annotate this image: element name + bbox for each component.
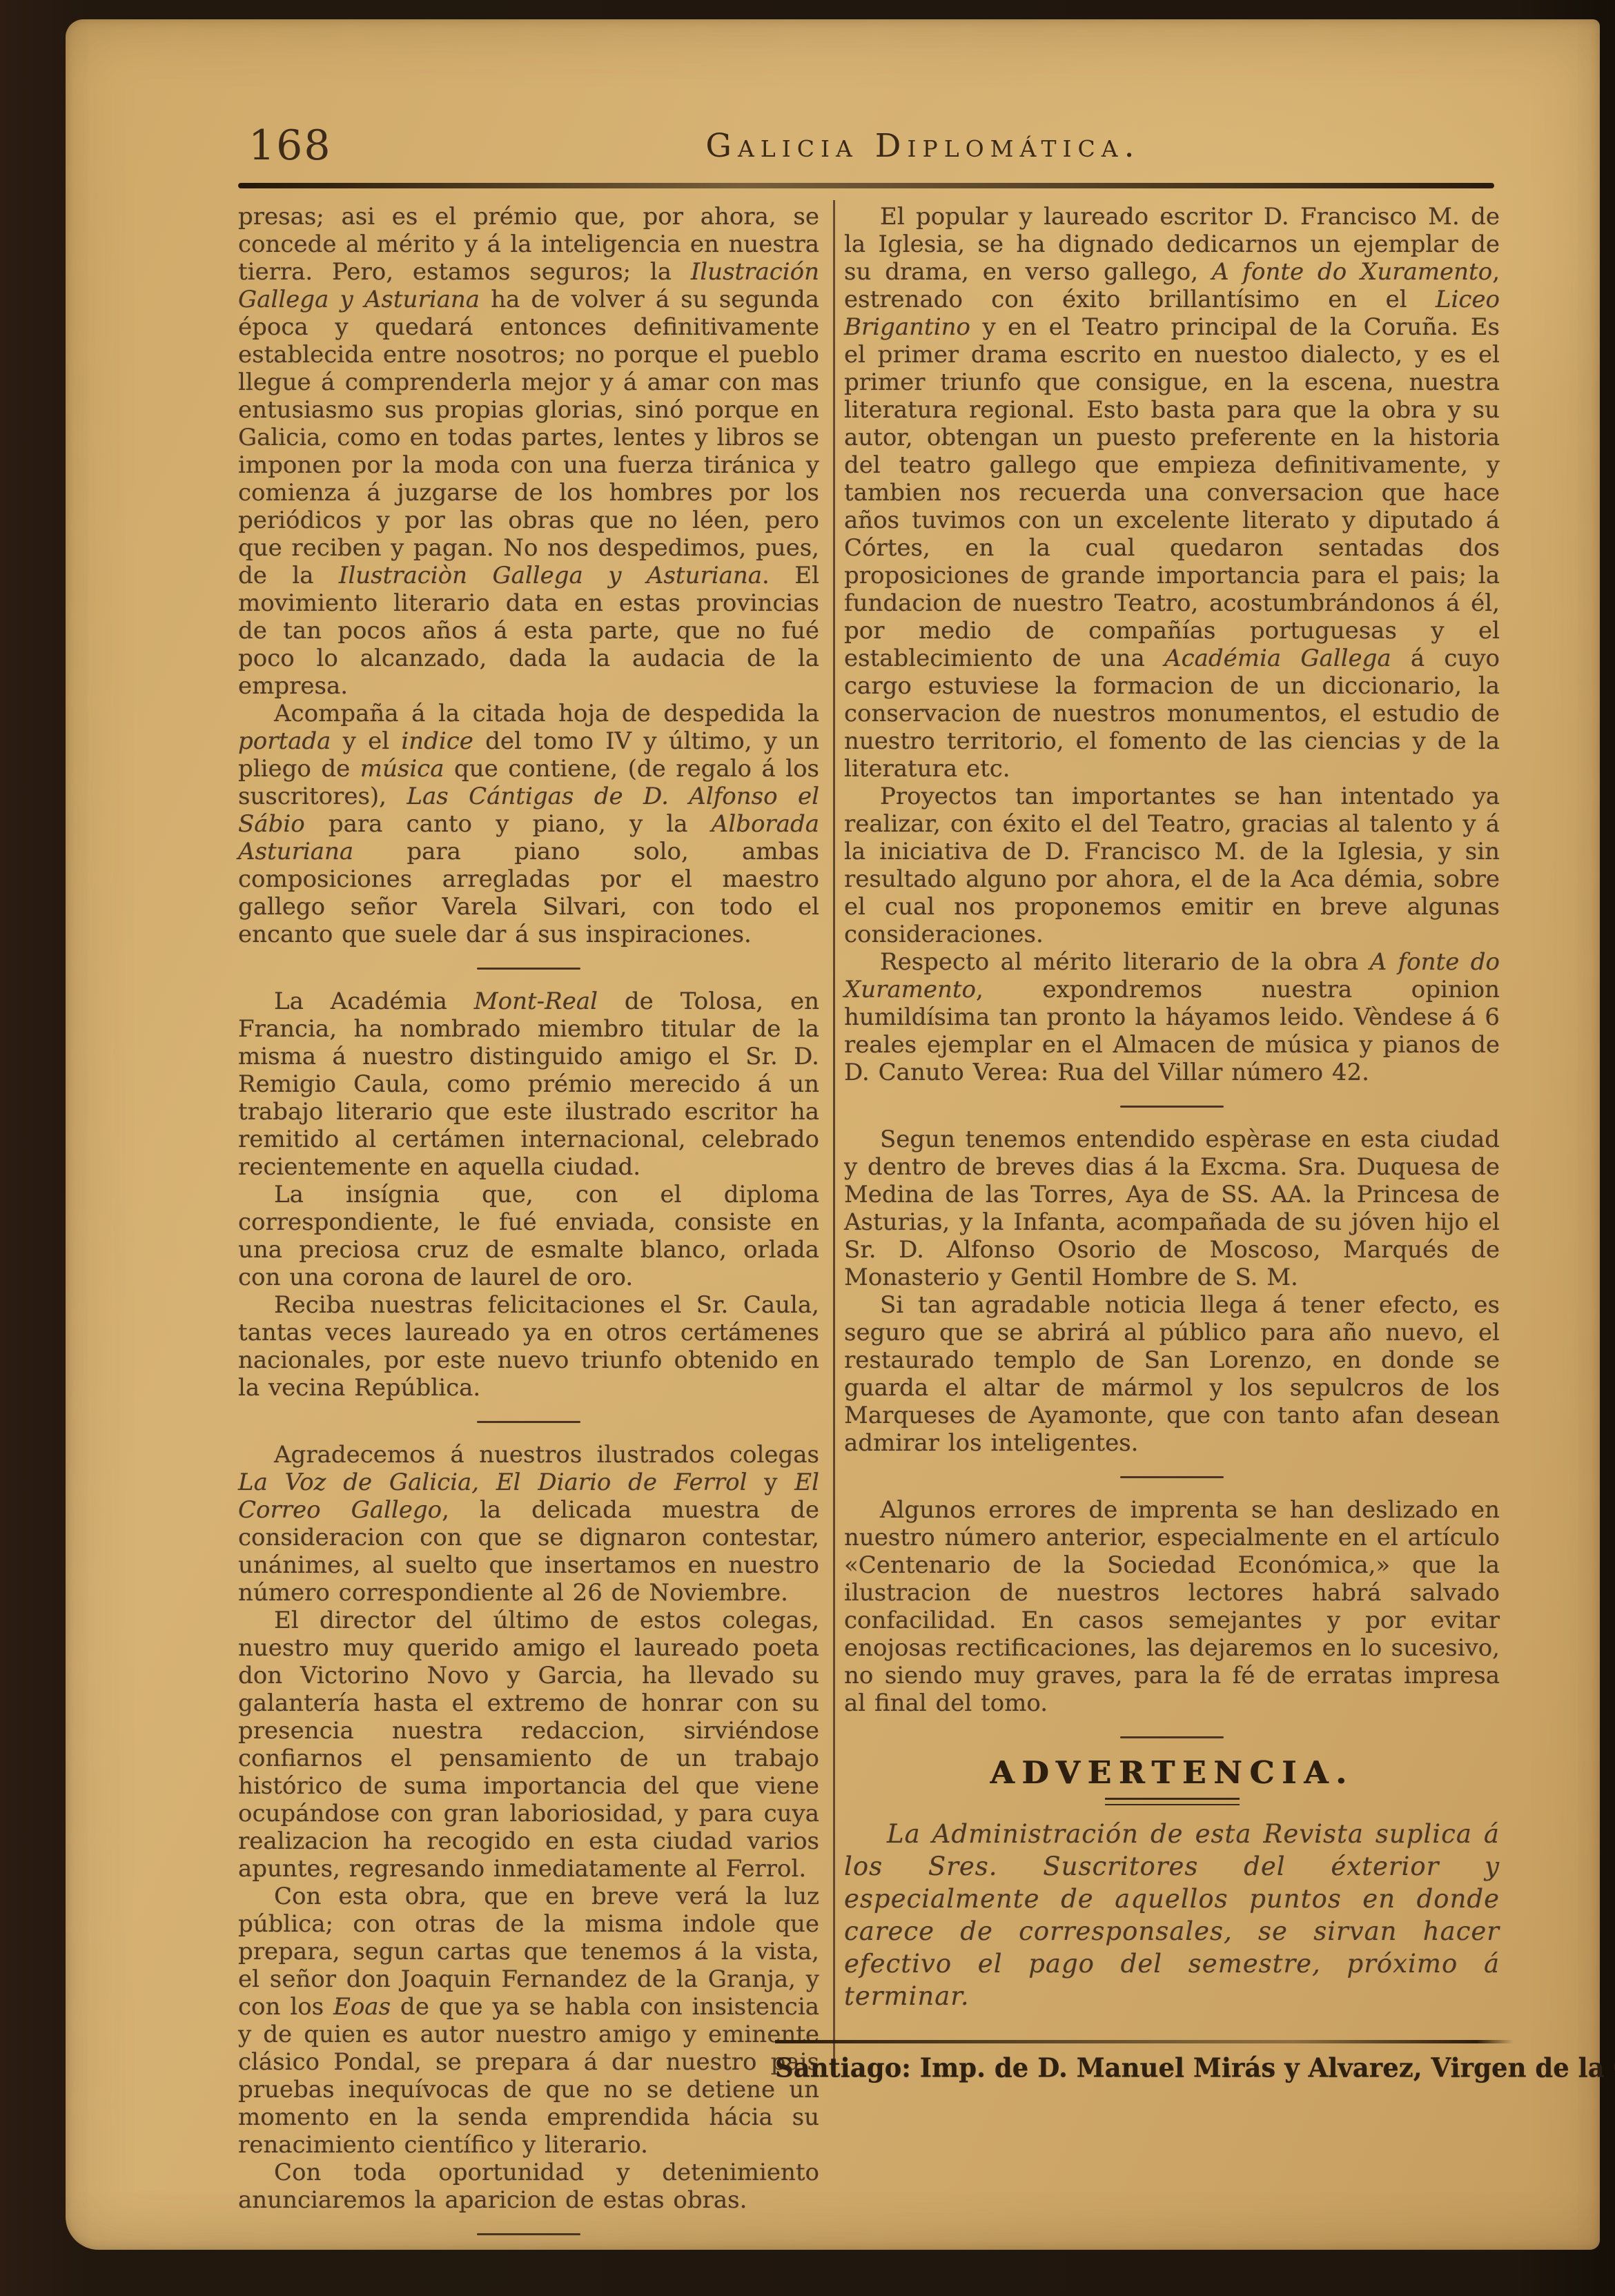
section-divider <box>477 2233 580 2235</box>
section-divider <box>1120 1736 1224 1738</box>
paragraph: La insígnia que, con el diploma correspo… <box>238 1181 819 1291</box>
paragraph: Agradecemos á nuestros ilustrados colega… <box>238 1441 819 1607</box>
text-run: Reciba nuestras felicitaciones el Sr. Ca… <box>238 1291 819 1402</box>
journal-title: Galicia Diplomática. <box>238 127 1553 165</box>
paragraph: presas; asi es el prémio que, por ahora,… <box>238 203 819 700</box>
text-run: Agradecemos á nuestros ilustrados colega… <box>274 1441 819 1469</box>
paragraph: Segun tenemos entendido espèrase en esta… <box>844 1126 1500 1291</box>
text-run: Si tan agradable noticia llega á tener e… <box>844 1291 1500 1457</box>
scanned-book-photo: { "header": { "page_number": "168", "jou… <box>0 0 1615 2296</box>
paragraph: Proyectos tan importantes se han intenta… <box>844 783 1500 948</box>
text-run: La Administración de esta Revista suplic… <box>844 1819 1500 2011</box>
italic-run: Ilustraciòn Gallega y Asturiana <box>339 562 762 589</box>
text-run: y en el Teatro principal de la Coruña. E… <box>844 313 1500 672</box>
heading-rule-thick <box>1105 1798 1240 1800</box>
text-run: ha de volver á su segunda época y quedar… <box>238 286 819 589</box>
italic-run: Académia Gallega <box>1164 645 1391 672</box>
text-run: y <box>747 1469 795 1496</box>
paragraph: Con toda oportunidad y detenimiento anun… <box>238 2159 819 2214</box>
text-run: Acompaña á la citada hoja de despedida l… <box>274 700 819 727</box>
heading-rule-thin <box>1105 1804 1240 1805</box>
italic-run: portada <box>238 727 331 755</box>
paragraph: Respecto al mérito literario de la obra … <box>844 948 1500 1086</box>
section-divider <box>477 968 580 970</box>
paragraph: Algunos errores de imprenta se han desli… <box>844 1496 1500 1717</box>
text-run: Algunos errores de imprenta se han desli… <box>844 1496 1500 1717</box>
text-run: Con toda oportunidad y detenimiento anun… <box>238 2159 819 2214</box>
paragraph: La Académia Mont-Real de Tolosa, en Fran… <box>238 988 819 1181</box>
text-run: La Académia <box>274 988 474 1015</box>
paragraph: El popular y laureado escritor D. Franci… <box>844 203 1500 783</box>
text-run: y el <box>331 727 401 755</box>
italic-run: La Voz de Galicia, El Diario de Ferrol <box>238 1469 747 1496</box>
section-divider <box>1120 1106 1224 1108</box>
text-run: Segun tenemos entendido espèrase en esta… <box>844 1126 1500 1291</box>
italic-run: A fonte do Xuramento <box>1212 258 1492 286</box>
text-run: para canto y piano, y la <box>305 810 712 838</box>
right-column: El popular y laureado escritor D. Franci… <box>844 203 1500 2012</box>
paragraph: Reciba nuestras felicitaciones el Sr. Ca… <box>238 1291 819 1402</box>
imprint-text: Santiago: Imp. de D. Manuel Mirás y Alva… <box>775 2052 1589 2083</box>
imprint-footer: Santiago: Imp. de D. Manuel Mirás y Alva… <box>775 2040 1589 2082</box>
section-divider <box>477 1421 580 1423</box>
section-divider <box>1120 1476 1224 1478</box>
italic-run: Eoas <box>333 1993 391 2021</box>
text-run: Proyectos tan importantes se han intenta… <box>844 783 1500 948</box>
left-column: presas; asi es el prémio que, por ahora,… <box>238 203 819 2253</box>
paragraph: El director del último de estos colegas,… <box>238 1607 819 1883</box>
text-run: La insígnia que, con el diploma correspo… <box>238 1181 819 1291</box>
italic-run: Mont-Real <box>474 988 598 1015</box>
paragraph: Si tan agradable noticia llega á tener e… <box>844 1291 1500 1457</box>
text-run: de Tolosa, en Francia, ha nombrado miemb… <box>238 988 819 1181</box>
header-rule <box>238 183 1494 188</box>
advertencia-heading: ADVERTENCIA. <box>844 1759 1500 1805</box>
paper-page: 168 Galicia Diplomática. presas; asi es … <box>66 19 1600 2250</box>
text-run: El director del último de estos colegas,… <box>238 1607 819 1883</box>
advertencia-title: ADVERTENCIA. <box>844 1759 1500 1787</box>
paragraph: La Administración de esta Revista suplic… <box>844 1818 1500 2012</box>
paragraph: Acompaña á la citada hoja de despedida l… <box>238 700 819 948</box>
text-run: Respecto al mérito literario de la obra <box>880 948 1370 976</box>
italic-run: música <box>360 755 444 783</box>
column-divider-rule <box>833 200 835 2063</box>
italic-run: indice <box>401 727 473 755</box>
footer-rule <box>775 2040 1514 2043</box>
paragraph: Con esta obra, que en breve verá la luz … <box>238 1883 819 2159</box>
